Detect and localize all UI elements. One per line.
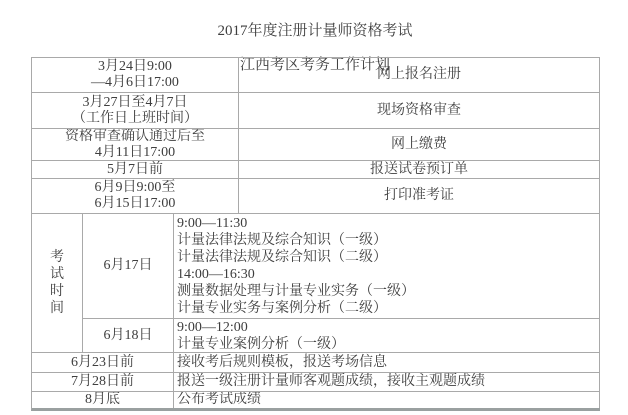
- table-row: 7月28日前 报送一级注册计量师客观题成绩，接收主观题成绩: [32, 373, 600, 392]
- date-cell: 8月底: [32, 392, 174, 408]
- table-row: 3月27日至4月7日 （工作日上班时间） 现场资格审查: [32, 93, 600, 129]
- date-cell: 资格审查确认通过后至 4月11日17:00: [32, 129, 239, 161]
- table-row: 6月23日前 接收考后规则模板，报送考场信息: [32, 353, 600, 373]
- page: 2017年度注册计量师资格考试 江西考区考务工作计划 3月24日9:00 —4月…: [0, 0, 628, 415]
- date-cell: 3月24日9:00 —4月6日17:00: [32, 58, 239, 93]
- table-row: 8月底 公布考试成绩: [32, 392, 600, 408]
- date-cell: 6月23日前: [32, 353, 174, 373]
- exam-date-cell: 6月17日: [83, 214, 174, 319]
- task-cell: 公布考试成绩: [174, 392, 600, 408]
- exam-detail-cell: 9:00—12:00 计量专业案例分析（一级）: [174, 319, 600, 353]
- task-cell: 网上缴费: [239, 129, 600, 161]
- table-row: 资格审查确认通过后至 4月11日17:00 网上缴费: [32, 129, 600, 161]
- exam-day-row: 6月17日 9:00—11:30 计量法律法规及综合知识（一级） 计量法律法规及…: [83, 214, 600, 319]
- table-row: 6月9日9:00至 6月15日17:00 打印准考证: [32, 179, 600, 214]
- task-cell: 报送一级注册计量师客观题成绩，接收主观题成绩: [174, 373, 600, 392]
- schedule-table: 3月24日9:00 —4月6日17:00 网上报名注册 3月27日至4月7日 （…: [31, 57, 600, 411]
- date-cell: 7月28日前: [32, 373, 174, 392]
- task-cell: 报送试卷预订单: [239, 161, 600, 179]
- date-cell: 5月7日前: [32, 161, 239, 179]
- exam-time-label: 考 试 时 间: [32, 214, 83, 353]
- exam-time-section: 考 试 时 间 6月17日 9:00—11:30 计量法律法规及综合知识（一级）…: [32, 214, 600, 353]
- date-cell: 3月27日至4月7日 （工作日上班时间）: [32, 93, 239, 129]
- task-cell: 网上报名注册: [239, 58, 600, 93]
- title-line-1: 2017年度注册计量师资格考试: [31, 23, 599, 40]
- exam-days: 6月17日 9:00—11:30 计量法律法规及综合知识（一级） 计量法律法规及…: [83, 214, 600, 353]
- task-cell: 现场资格审查: [239, 93, 600, 129]
- table-row: 3月24日9:00 —4月6日17:00 网上报名注册: [32, 58, 600, 93]
- exam-date-cell: 6月18日: [83, 319, 174, 353]
- exam-detail-cell: 9:00—11:30 计量法律法规及综合知识（一级） 计量法律法规及综合知识（二…: [174, 214, 600, 319]
- table-row: 5月7日前 报送试卷预订单: [32, 161, 600, 179]
- exam-day-row: 6月18日 9:00—12:00 计量专业案例分析（一级）: [83, 319, 600, 353]
- task-cell: 接收考后规则模板，报送考场信息: [174, 353, 600, 373]
- task-cell: 打印准考证: [239, 179, 600, 214]
- date-cell: 6月9日9:00至 6月15日17:00: [32, 179, 239, 214]
